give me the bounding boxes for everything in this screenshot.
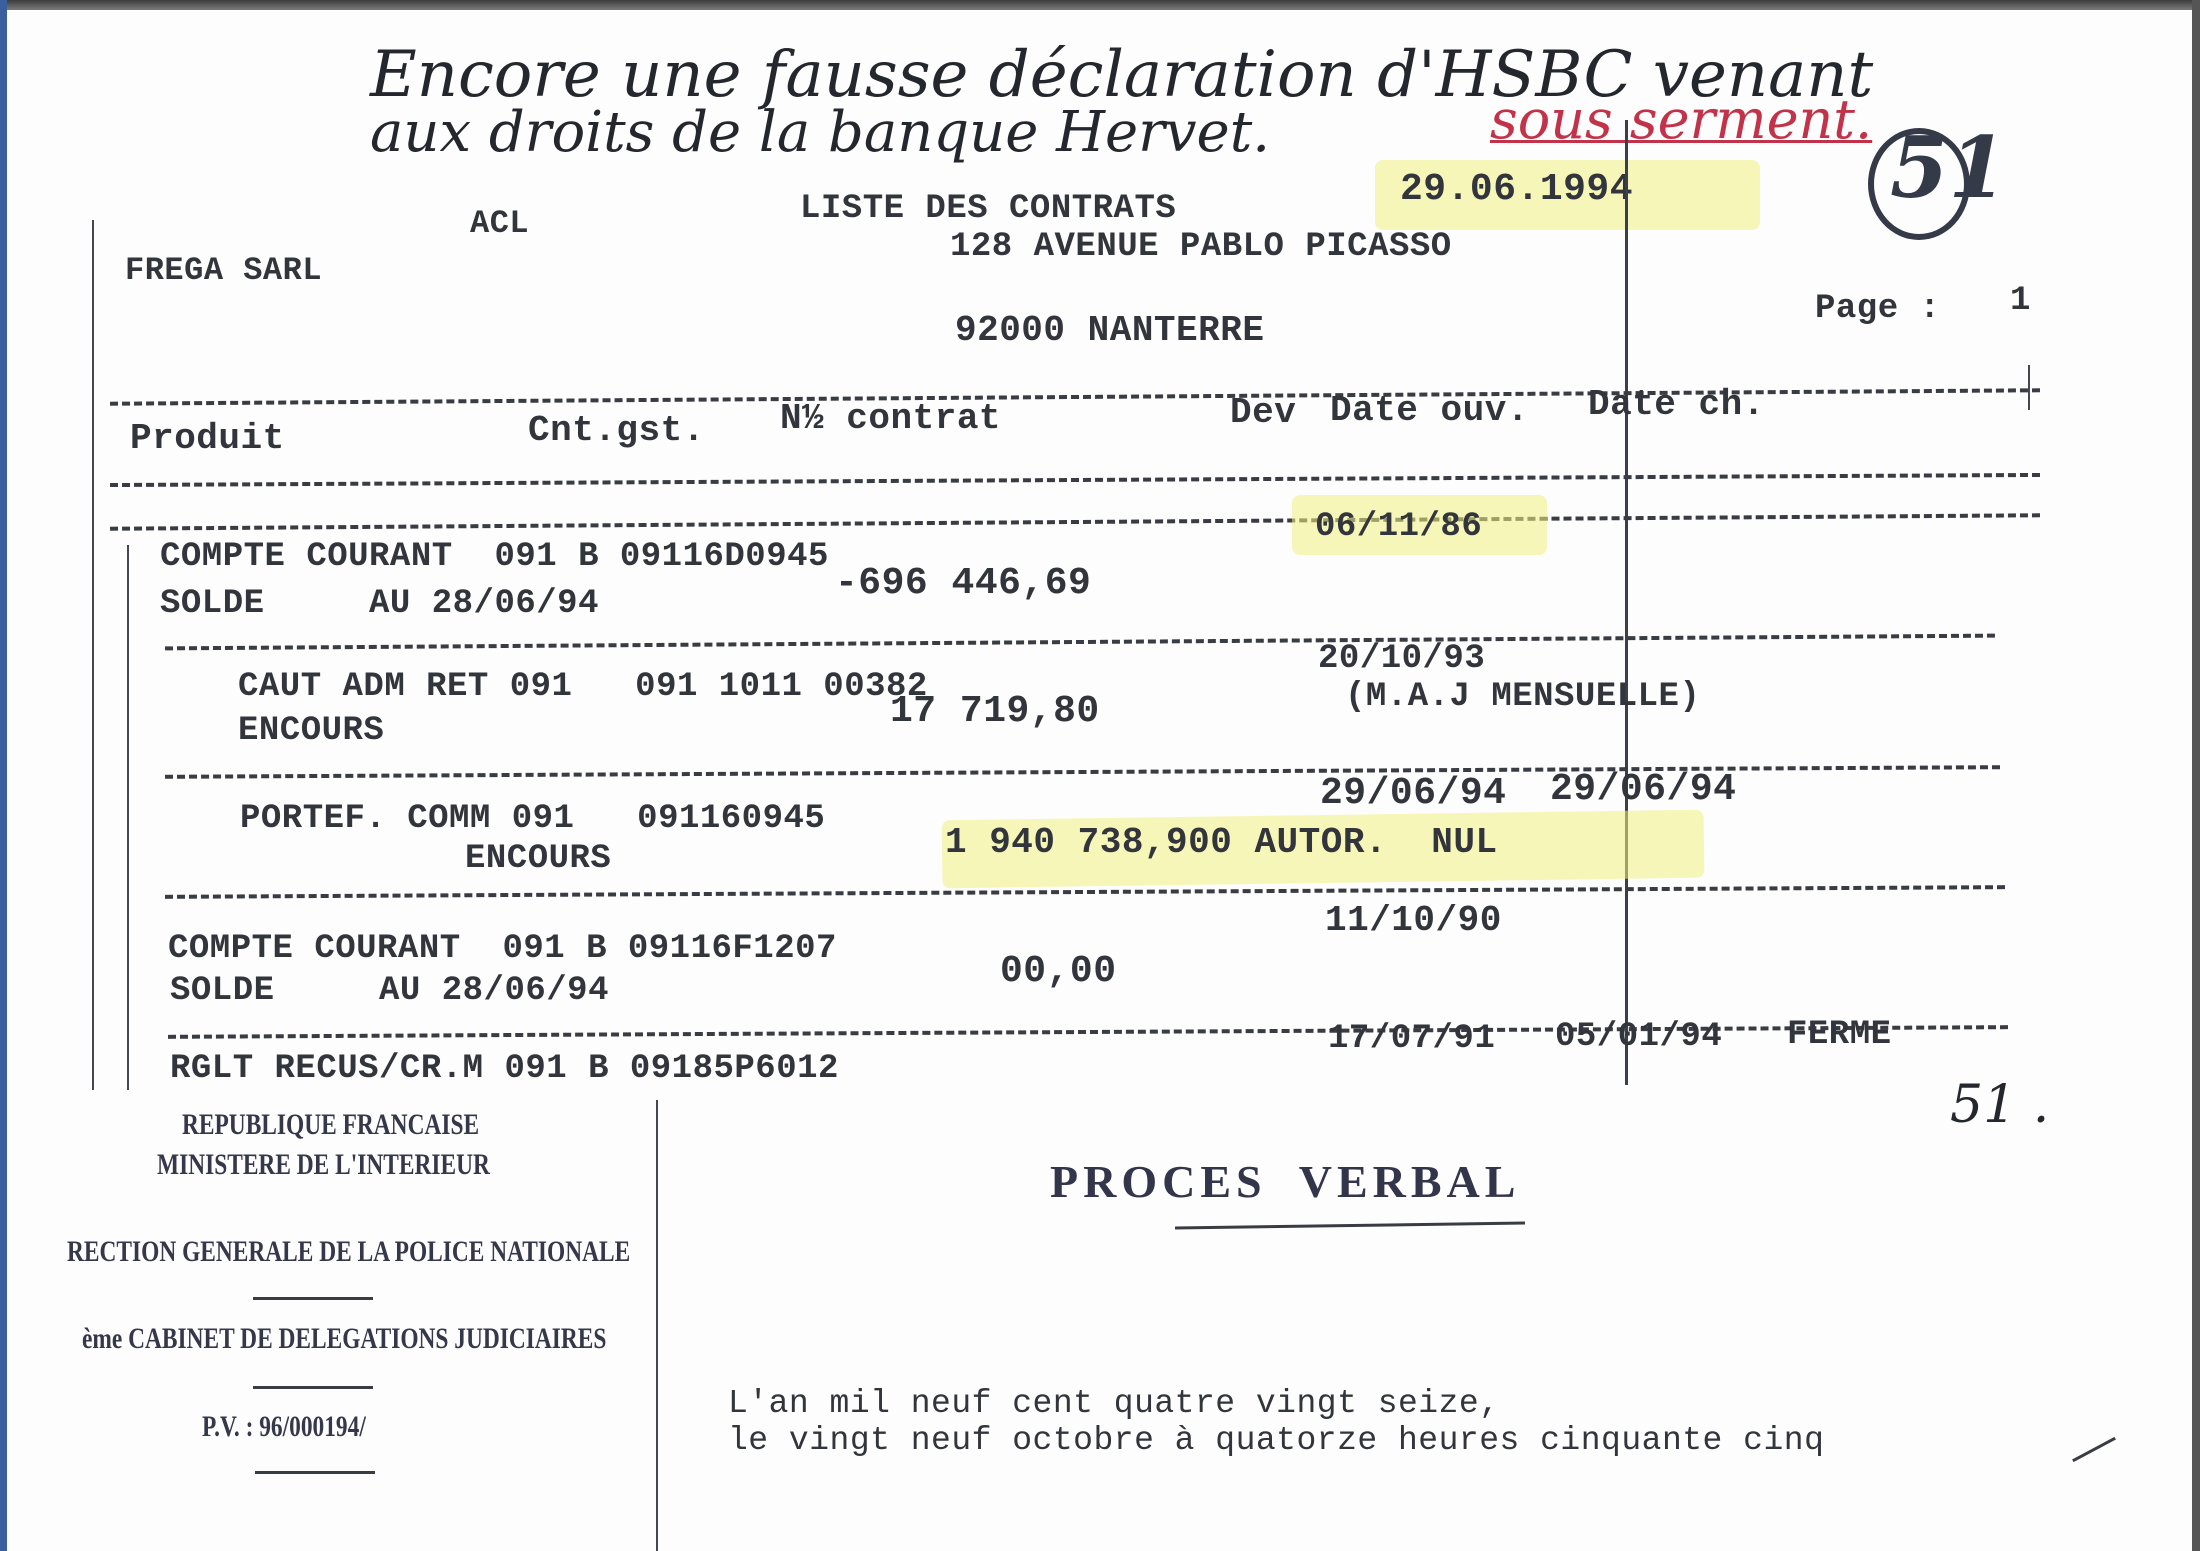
- statement-date: 29.06.1994: [1400, 168, 1633, 211]
- row-detail: SOLDE AU 28/06/94: [170, 972, 609, 1010]
- row-amount: -696 446,69: [835, 562, 1091, 605]
- annotation-emphasis: sous serment.: [1490, 88, 1872, 151]
- row-date-ouv: 11/10/90: [1325, 900, 1502, 941]
- address-line-2: 92000 NANTERRE: [955, 310, 1264, 351]
- divider: [253, 1386, 373, 1389]
- window-left-border: [0, 0, 7, 1551]
- annotation-line-2: aux droits de la banque Hervet.: [370, 100, 1270, 165]
- row-date-ouv: 06/11/86: [1315, 508, 1482, 546]
- row-product: PORTEF. COMM 091 091160945: [240, 800, 825, 838]
- column-header-date-ch: Date ch.: [1588, 384, 1765, 425]
- police-block-divider: [656, 1100, 658, 1551]
- table-left-border: [92, 220, 94, 1090]
- row-product: RGLT RECUS/CR.M 091 B 09185P6012: [170, 1050, 839, 1088]
- page-label: Page :: [1815, 290, 1940, 328]
- column-header-contrat: N½ contrat: [780, 398, 1001, 439]
- column-header-produit: Produit: [130, 418, 285, 459]
- police-republique: REPUBLIQUE FRANCAISE: [182, 1108, 479, 1142]
- pv-body-line-2: le vingt neuf octobre à quatorze heures …: [728, 1422, 1824, 1459]
- row-product: COMPTE COURANT 091 B 09116D0945: [160, 538, 829, 576]
- row-amount: 1 940 738,900 AUTOR. NUL: [945, 822, 1498, 863]
- bank-code: ACL: [470, 205, 529, 242]
- document-title: LISTE DES CONTRATS: [800, 190, 1176, 228]
- pv-number: P.V. : 96/000194/: [202, 1410, 366, 1444]
- address-line-1: 128 AVENUE PABLO PICASSO: [950, 228, 1452, 266]
- row-detail: SOLDE AU 28/06/94: [160, 585, 599, 623]
- row-detail: ENCOURS: [238, 712, 384, 750]
- window-right-border: [2192, 0, 2200, 1551]
- column-header-dev: Dev: [1230, 392, 1296, 433]
- row-note: (M.A.J MENSUELLE): [1345, 678, 1700, 716]
- margin-mark: 51 .: [1950, 1075, 2049, 1135]
- row-separator: [165, 885, 2005, 899]
- table-inner-left-border: [127, 545, 129, 1090]
- row-date-ch: 05/01/94: [1555, 1018, 1722, 1056]
- body-top-rule: [110, 513, 2040, 530]
- row-date-ouv: 20/10/93: [1318, 640, 1485, 678]
- row-date-ch: 29/06/94: [1550, 768, 1736, 811]
- column-header-date-ouv: Date ouv.: [1330, 390, 1529, 431]
- row-date-ouv: 17/07/91: [1328, 1020, 1495, 1058]
- row-date-ouv: 29/06/94: [1320, 772, 1506, 815]
- divider: [253, 1297, 373, 1300]
- pv-title: PROCES VERBAL: [1050, 1155, 1520, 1208]
- row-status: FERME: [1787, 1016, 1892, 1054]
- row-amount: 00,00: [1000, 950, 1117, 993]
- window-top-border: [0, 0, 2200, 10]
- pv-title-underline: [1175, 1222, 1525, 1230]
- row-product: CAUT ADM RET 091 091 1011 00382: [238, 668, 928, 706]
- page-mark-number: 51: [1890, 118, 2007, 217]
- police-cabinet: ème CABINET DE DELEGATIONS JUDICIAIRES: [82, 1322, 606, 1356]
- column-header-cnt-gst: Cnt.gst.: [528, 410, 705, 451]
- police-direction: RECTION GENERALE DE LA POLICE NATIONALE: [67, 1235, 630, 1269]
- police-ministere: MINISTERE DE L'INTERIEUR: [157, 1148, 490, 1182]
- row-separator: [165, 634, 1995, 651]
- pv-body-line-1: L'an mil neuf cent quatre vingt seize,: [728, 1385, 1500, 1422]
- divider: [255, 1471, 375, 1474]
- row-separator: [168, 1025, 2008, 1039]
- pen-stroke: [2072, 1437, 2116, 1462]
- client-name: FREGA SARL: [125, 252, 322, 289]
- row-amount: 17 719,80: [890, 690, 1100, 733]
- row-product: COMPTE COURANT 091 B 09116F1207: [168, 930, 837, 968]
- vertical-pen-line: [1625, 120, 1628, 1085]
- header-bottom-rule: [110, 473, 2040, 487]
- page-number: 1: [2010, 282, 2031, 320]
- row-detail: ENCOURS: [465, 840, 611, 878]
